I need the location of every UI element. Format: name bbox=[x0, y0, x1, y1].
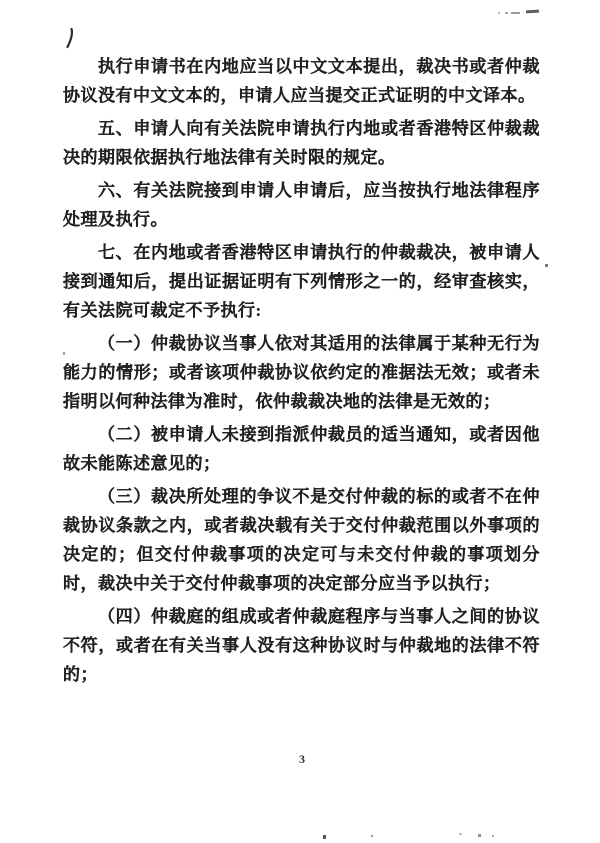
scan-speck bbox=[545, 264, 548, 267]
document-body: 执行申请书在内地应当以中文文本提出，裁决书或者仲裁协议没有中文文本的，申请人应当… bbox=[63, 52, 540, 693]
scan-speck bbox=[63, 352, 65, 355]
paragraph-item-7: 七、在内地或者香港特区申请执行的仲裁裁决，被申请人接到通知后，提出证据证明有下列… bbox=[63, 238, 540, 325]
scan-speck bbox=[478, 834, 481, 837]
scanned-document-page: 执行申请书在内地应当以中文文本提出，裁决书或者仲裁协议没有中文文本的，申请人应当… bbox=[0, 0, 600, 843]
scan-speck bbox=[498, 12, 500, 14]
scan-speck bbox=[526, 10, 539, 14]
paragraph-intro: 执行申请书在内地应当以中文文本提出，裁决书或者仲裁协议没有中文文本的，申请人应当… bbox=[63, 52, 540, 110]
paragraph-item-5: 五、申请人向有关法院申请执行内地或者香港特区仲裁裁决的期限依据执行地法律有关时限… bbox=[63, 114, 540, 172]
paragraph-item-6: 六、有关法院接到申请人申请后，应当按执行地法律程序处理及执行。 bbox=[63, 176, 540, 234]
scan-speck bbox=[459, 833, 462, 835]
pen-stroke-icon bbox=[62, 28, 76, 50]
scan-speck bbox=[505, 12, 508, 14]
page-number: 3 bbox=[0, 752, 600, 767]
scan-speck bbox=[511, 12, 520, 14]
paragraph-subitem-4: （四）仲裁庭的组成或者仲裁庭程序与当事人之间的协议不符，或者在有关当事人没有这种… bbox=[63, 602, 540, 689]
paragraph-subitem-3: （三）裁决所处理的争议不是交付仲裁的标的或者不在仲裁协议条款之内，或者裁决载有关… bbox=[63, 482, 540, 598]
scan-artifact-top-right bbox=[490, 0, 560, 20]
pen-stroke-mark bbox=[62, 28, 76, 50]
scan-speck bbox=[323, 835, 326, 839]
paragraph-subitem-1: （一）仲裁协议当事人依对其适用的法律属于某种无行为能力的情形；或者该项仲裁协议依… bbox=[63, 329, 540, 416]
scan-speck bbox=[492, 835, 494, 837]
paragraph-subitem-2: （二）被申请人未接到指派仲裁员的适当通知，或者因他故未能陈述意见的； bbox=[63, 420, 540, 478]
scan-speck bbox=[371, 835, 373, 837]
